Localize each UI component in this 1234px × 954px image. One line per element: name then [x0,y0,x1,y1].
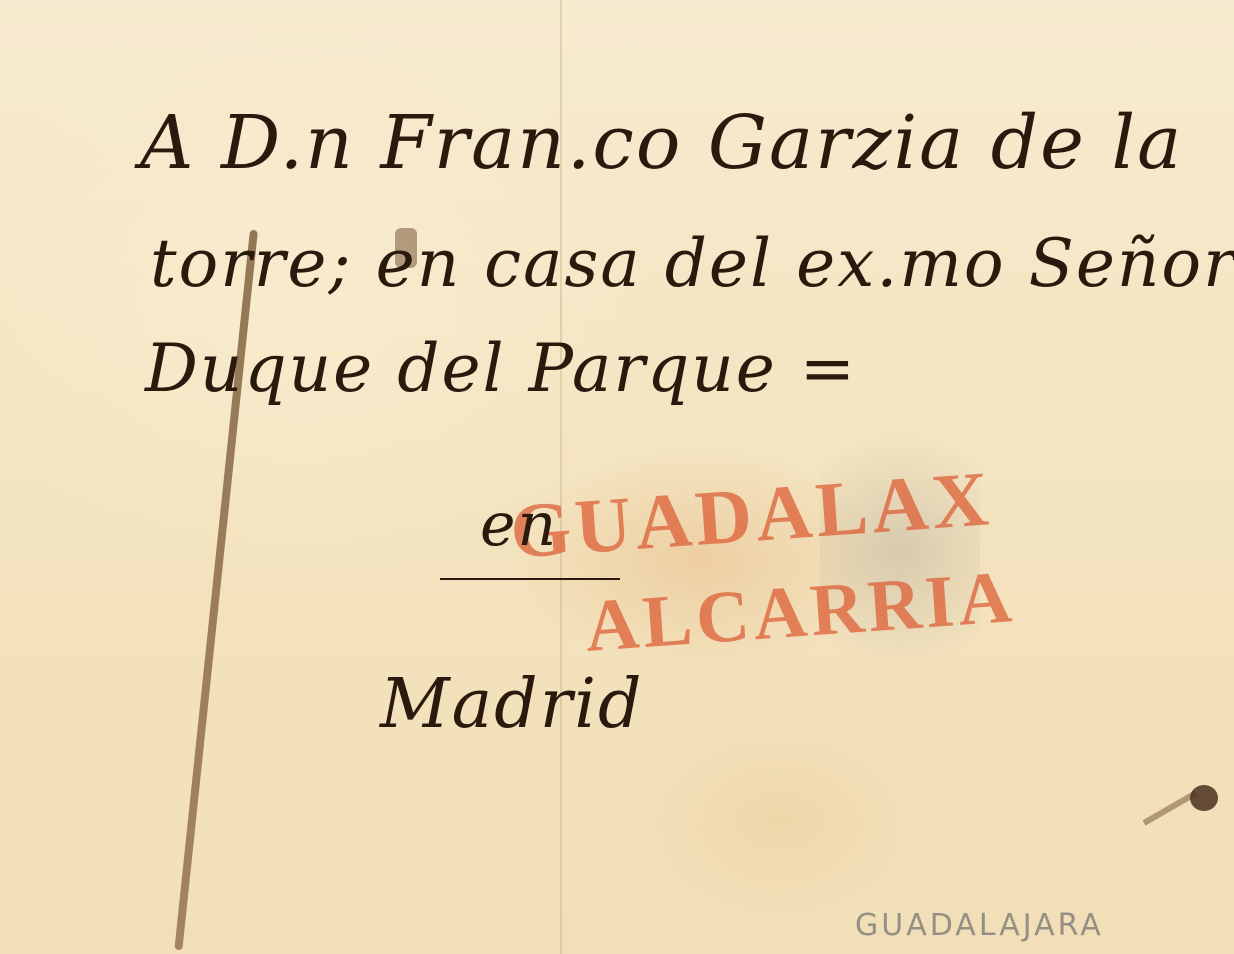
address-line-3: Duque del Parque = [145,330,857,407]
en-word: en [480,490,558,560]
underline [440,578,620,580]
pencil-annotation: GUADALAJARA [855,908,1104,943]
letter-cover: GUADALAX ALCARRIA A D.n Fran.co Garzia d… [0,0,1234,954]
destination-city: Madrid [380,665,643,744]
address-line-1: A D.n Fran.co Garzia de la [140,100,1183,186]
address-line-2: torre; en casa del ex.mo Señor [150,225,1234,302]
ink-blot [1190,785,1218,811]
